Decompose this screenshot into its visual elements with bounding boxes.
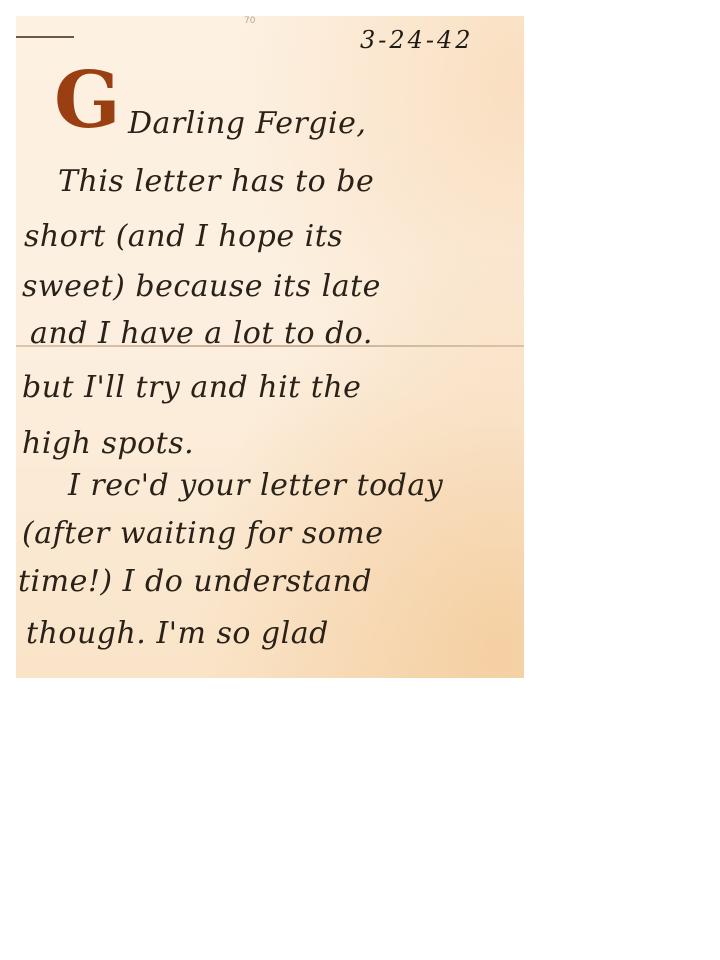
pencil-page-number: 70 — [244, 16, 255, 26]
corner-mark — [16, 36, 74, 38]
letter-line: short (and I hope its — [24, 219, 343, 254]
letter-line: though. I'm so glad — [26, 616, 329, 651]
letter-line: sweet) because its late — [22, 269, 381, 304]
monogram-letter: G — [54, 62, 121, 140]
letter-line: and I have a lot to do. — [30, 316, 373, 351]
letter-date: 3-24-42 — [360, 26, 474, 54]
letter-line: high spots. — [22, 426, 194, 461]
letter-line: (after waiting for some — [22, 516, 383, 551]
letter-line: time!) I do understand — [18, 564, 372, 599]
salutation: Darling Fergie, — [128, 106, 366, 141]
letter-page: 70 3-24-42 G Darling Fergie, This letter… — [16, 16, 524, 678]
letter-line: I rec'd your letter today — [68, 468, 443, 503]
letter-line: but I'll try and hit the — [22, 370, 361, 405]
letter-line: This letter has to be — [58, 164, 374, 199]
